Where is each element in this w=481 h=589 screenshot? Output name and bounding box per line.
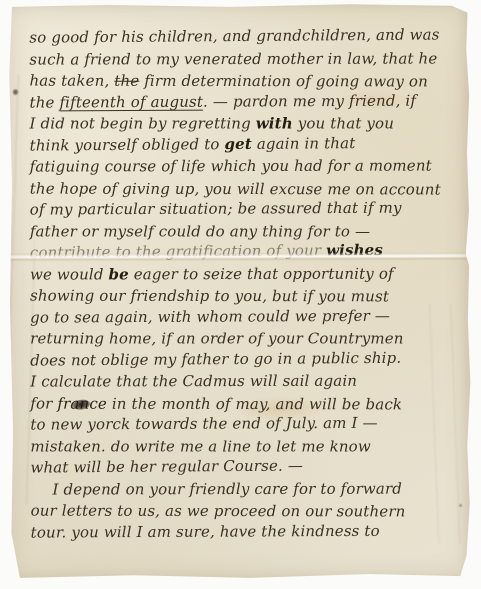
letter-line: think yourself obliged to get again in t… [30, 132, 466, 157]
line-text: eager to seize that opportunity of [129, 264, 394, 283]
line-text: father or myself could do any thing for … [30, 222, 370, 240]
line-text: think yourself obliged to [30, 135, 225, 154]
line-text: has taken, [29, 72, 114, 90]
line-text: I depend on your friendly care for to fo… [52, 479, 402, 498]
line-text: our letters to us, as we proceed on our … [31, 502, 406, 521]
letter-line: fatiguing course of life which you had f… [30, 155, 466, 178]
letter-line: go to sea again, with whom could we pref… [30, 305, 466, 329]
line-text: does not oblige my father to go in a pub… [30, 348, 401, 369]
ink-speck [12, 89, 18, 96]
line-text: in the month of may, and will be back [107, 394, 402, 413]
word-strike: the [114, 72, 139, 90]
scanned-letter: so good for his children, and grandchild… [0, 0, 481, 589]
line-text: tour. you will I am sure, have the kindn… [31, 521, 380, 541]
line-text: to new yorck towards the end of July. am… [30, 414, 377, 434]
line-text: the hope of giving up, you will excuse m… [30, 179, 441, 198]
line-text: fatiguing course of life which you had f… [30, 156, 432, 175]
line-text: go to sea again, with whom could we pref… [30, 306, 390, 326]
line-text: I did not begin by regretting [30, 115, 256, 133]
letter-line: what will be her regular Course. — [30, 454, 466, 479]
line-text: mistaken. do write me a line to let me k… [30, 437, 370, 455]
line-text: showing our friendship to you, but if yo… [30, 287, 389, 306]
word-underline: fifteenth of august [59, 92, 203, 111]
word-heavy: with [256, 115, 293, 133]
letter-line: to new yorck towards the end of July. am… [30, 412, 466, 436]
letter-line: such a friend to my venerated mother in … [29, 48, 465, 71]
letter-line: I calculate that the Cadmus will sail ag… [30, 370, 466, 393]
line-text: you that you [293, 114, 394, 132]
word-faint: contribute to the gratification of your [30, 241, 326, 261]
word-blot: france [57, 394, 107, 412]
line-text: such a friend to my venerated mother in … [29, 49, 437, 68]
letter-line: we would be eager to seize that opportun… [30, 263, 466, 286]
letter-line: does not oblige my father to go in a pub… [30, 347, 466, 372]
letter-line: tour. you will I am sure, have the kindn… [31, 520, 467, 544]
letter-line: I depend on your friendly care for to fo… [30, 478, 466, 501]
word-heavy: be [108, 265, 128, 283]
line-text: so good for his children, and grandchild… [29, 25, 439, 46]
letter-line: showing our friendship to you, but if yo… [30, 286, 466, 308]
letter-page: so good for his children, and grandchild… [8, 3, 472, 579]
line-text: of my particular situation; be assured t… [30, 199, 402, 219]
line-text: firm determination of going away on [139, 72, 428, 91]
line-text: we would [30, 265, 109, 283]
word-heavy: get [224, 134, 252, 152]
line-text: returning home, if an order of your Coun… [30, 329, 403, 347]
letter-line: contribute to the gratification of your … [30, 239, 466, 264]
line-text: . — pardon me my friend, if [203, 91, 416, 110]
line-text: what will be her regular Course. — [30, 457, 303, 477]
line-text: again in that [252, 134, 356, 153]
line-text: I calculate that the Cadmus will sail ag… [30, 372, 357, 391]
line-text: the [29, 93, 59, 111]
letter-line: so good for his children, and grandchild… [29, 24, 465, 49]
letter-line: the fifteenth of august. — pardon me my … [29, 90, 465, 114]
letter-line: of my particular situation; be assured t… [30, 197, 466, 221]
line-text: for [30, 394, 57, 412]
letter-line: our letters to us, as we proceed on our … [31, 501, 467, 523]
letter-lines: so good for his children, and grandchild… [29, 26, 466, 543]
letter-line: has taken, the firm determination of goi… [29, 71, 465, 93]
word-heavy: wishes [326, 241, 383, 259]
